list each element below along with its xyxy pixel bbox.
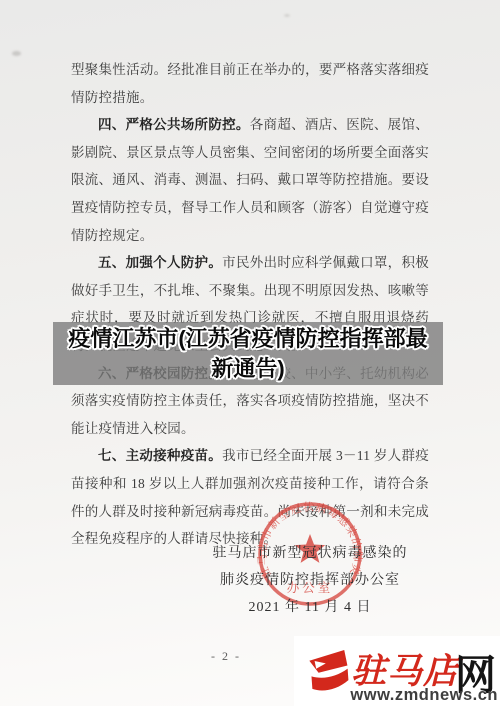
- signature-line: 驻马店市新型冠状病毒感染的: [190, 540, 430, 567]
- headline-overlay-band: 疫情江苏市(江苏省疫情防控指挥部最新通告): [53, 322, 443, 385]
- scanned-notice-page: 型聚集性活动。经批准目前正在举办的，要严格落实落细疫情防控措施。四、严格公共场所…: [0, 0, 500, 706]
- notice-paragraph: 七、主动接种疫苗。我市已经全面开展 3－11 岁人群疫苗接种和 18 岁以上人群…: [71, 442, 429, 552]
- notice-body-text: 型聚集性活动。经批准目前正在举办的，要严格落实落细疫情防控措施。四、严格公共场所…: [71, 56, 429, 553]
- section-heading-text: 四、严格公共场所防控。: [98, 117, 250, 132]
- notice-paragraph: 型聚集性活动。经批准目前正在举办的，要严格落实落细疫情防控措施。: [71, 56, 429, 111]
- signature-block: 驻马店市新型冠状病毒感染的肺炎疫情防控指挥部办公室2021 年 11 月 4 日: [190, 540, 430, 621]
- logo-url: www.zmdnews.cn: [350, 686, 498, 705]
- signature-line: 2021 年 11 月 4 日: [190, 594, 430, 621]
- section-heading-text: 七、主动接种疫苗。: [98, 448, 222, 463]
- zmd-flag-icon: [306, 648, 351, 697]
- notice-paragraph: 四、严格公共场所防控。各商超、酒店、医院、展馆、影剧院、景区景点等人员密集、空间…: [71, 111, 429, 249]
- site-logo: 驻马店 网 www.zmdnews.cn: [306, 642, 500, 704]
- page-number: - 2 -: [198, 649, 254, 664]
- signature-line: 肺炎疫情防控指挥部办公室: [190, 567, 430, 594]
- headline-text: 疫情江苏市(江苏省疫情防控指挥部最新通告): [62, 324, 434, 384]
- body-text: 型聚集性活动。经批准目前正在举办的，要严格落实落细疫情防控措施。: [71, 62, 429, 105]
- paper-speck: [284, 14, 290, 17]
- paper-speck: [12, 51, 21, 56]
- body-text: 各商超、酒店、医院、展馆、影剧院、景区景点等人员密集、空间密闭的场所要全面落实限…: [71, 117, 429, 242]
- section-heading-text: 五、加强个人防护。: [98, 255, 222, 270]
